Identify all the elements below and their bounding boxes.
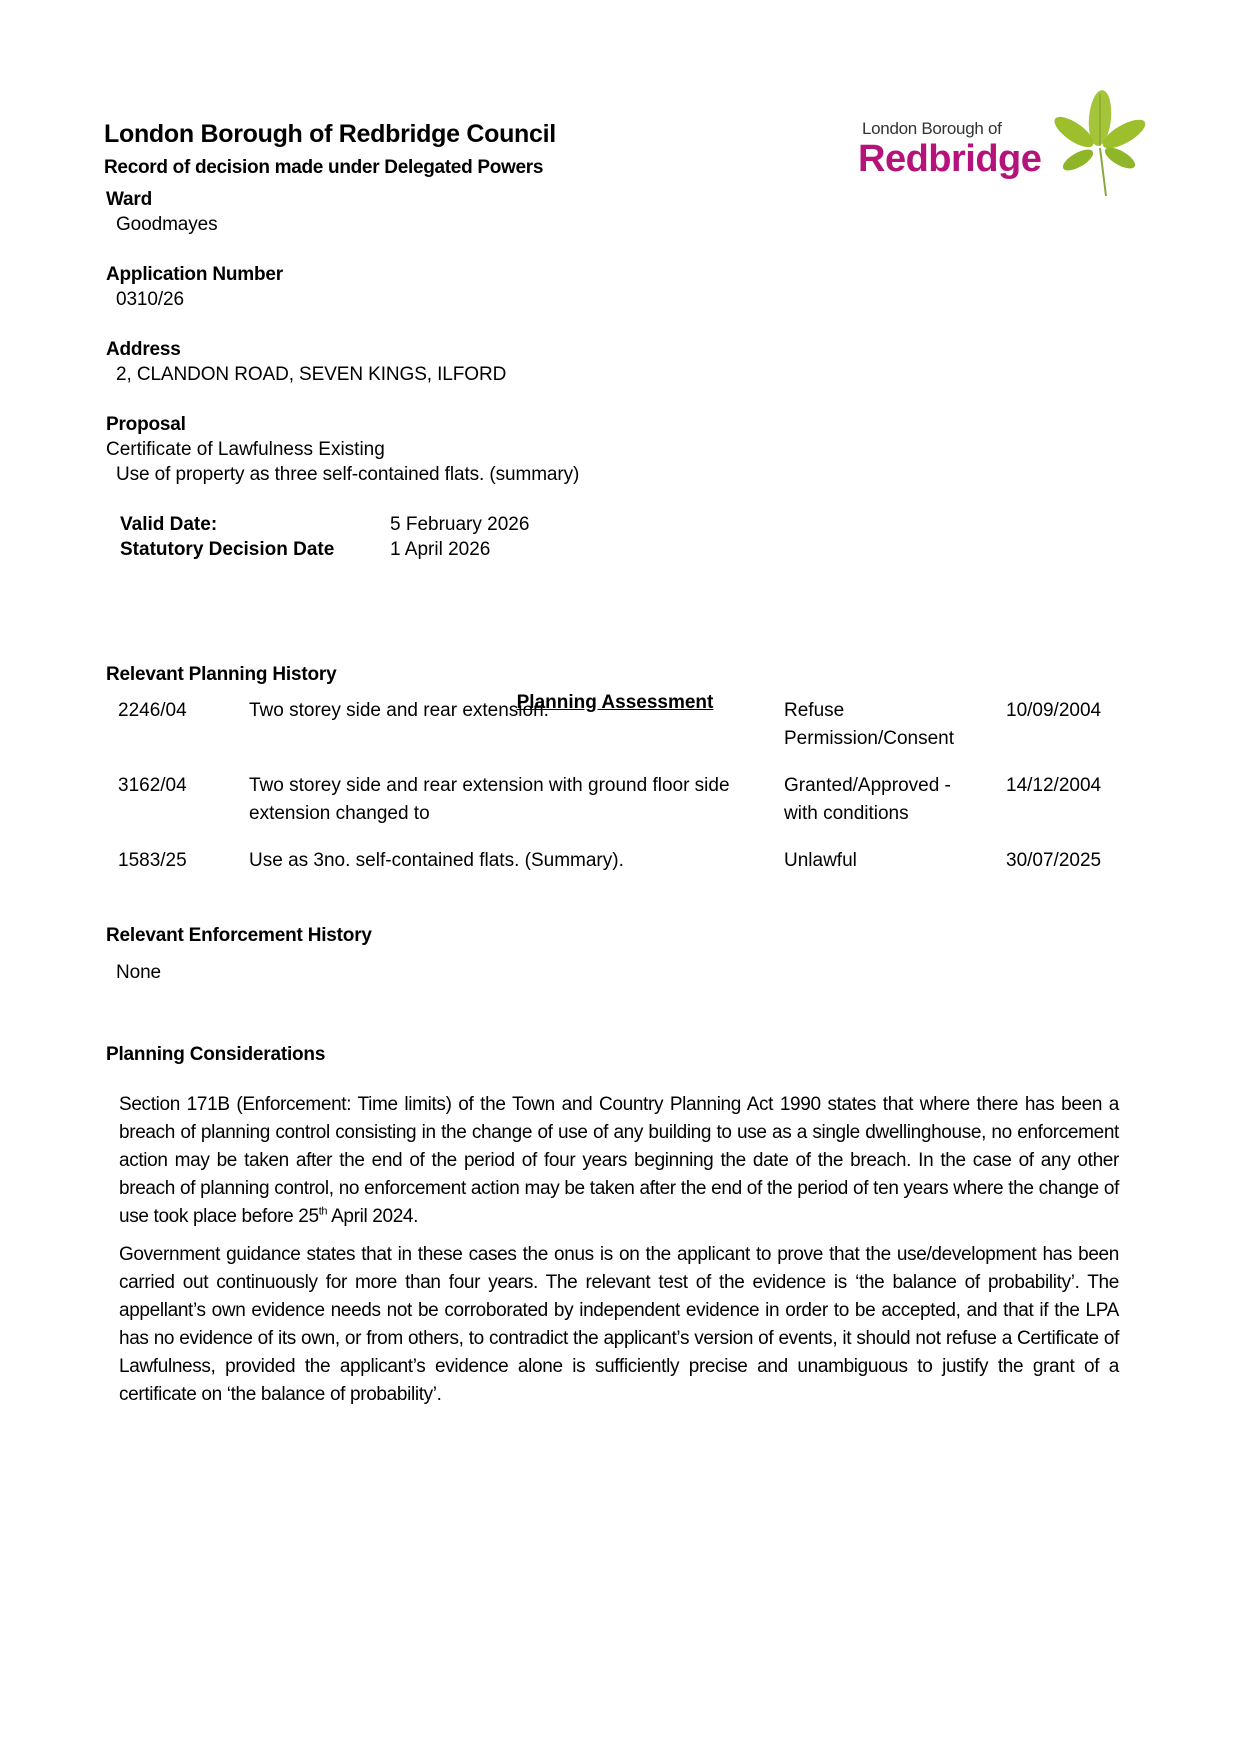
history-date: 30/07/2025 xyxy=(1006,847,1101,875)
history-date: 10/09/2004 xyxy=(1006,697,1101,725)
history-description: Use as 3no. self-contained flats. (Summa… xyxy=(249,847,759,875)
history-date: 14/12/2004 xyxy=(1006,772,1101,800)
history-description: Two storey side and rear extension with … xyxy=(249,772,759,828)
history-ref: 2246/04 xyxy=(118,697,187,725)
history-description: Two storey side and rear extension. xyxy=(249,697,759,725)
application-number-label: Application Number xyxy=(106,264,283,286)
logo-small-text: London Borough of xyxy=(862,119,1002,139)
proposal-label: Proposal xyxy=(106,414,186,436)
proposal-type: Certificate of Lawfulness Existing xyxy=(106,439,385,461)
planning-considerations-heading: Planning Considerations xyxy=(106,1044,325,1066)
history-decision: Unlawful xyxy=(784,847,984,875)
history-ref: 1583/25 xyxy=(118,847,187,875)
history-decision: Granted/Approved - with conditions xyxy=(784,772,984,828)
logo-big-text: Redbridge xyxy=(858,138,1041,181)
council-title: London Borough of Redbridge Council xyxy=(104,120,556,149)
document-page: London Borough of Redbridge Council Reco… xyxy=(0,0,1240,1754)
planning-history-heading: Relevant Planning History xyxy=(106,664,336,686)
document-subtitle: Record of decision made under Delegated … xyxy=(104,157,543,179)
proposal-description: Use of property as three self-contained … xyxy=(116,464,579,486)
statutory-decision-date-label: Statutory Decision Date xyxy=(120,539,334,561)
chestnut-leaf-icon xyxy=(1048,90,1148,200)
statutory-decision-date-value: 1 April 2026 xyxy=(390,539,490,561)
enforcement-history-heading: Relevant Enforcement History xyxy=(106,925,372,947)
ward-label: Ward xyxy=(106,189,152,211)
history-ref: 3162/04 xyxy=(118,772,187,800)
ward-value: Goodmayes xyxy=(116,214,218,236)
valid-date-value: 5 February 2026 xyxy=(390,514,529,536)
address-value: 2, CLANDON ROAD, SEVEN KINGS, ILFORD xyxy=(116,364,506,386)
considerations-paragraph-1: Section 171B (Enforcement: Time limits) … xyxy=(119,1091,1119,1231)
address-label: Address xyxy=(106,339,181,361)
enforcement-history-value: None xyxy=(116,962,161,984)
valid-date-label: Valid Date: xyxy=(120,514,217,536)
history-decision: Refuse Permission/Consent xyxy=(784,697,984,753)
application-number-value: 0310/26 xyxy=(116,289,184,311)
redbridge-logo: London Borough of Redbridge xyxy=(858,90,1148,200)
considerations-paragraph-2: Government guidance states that in these… xyxy=(119,1241,1119,1409)
